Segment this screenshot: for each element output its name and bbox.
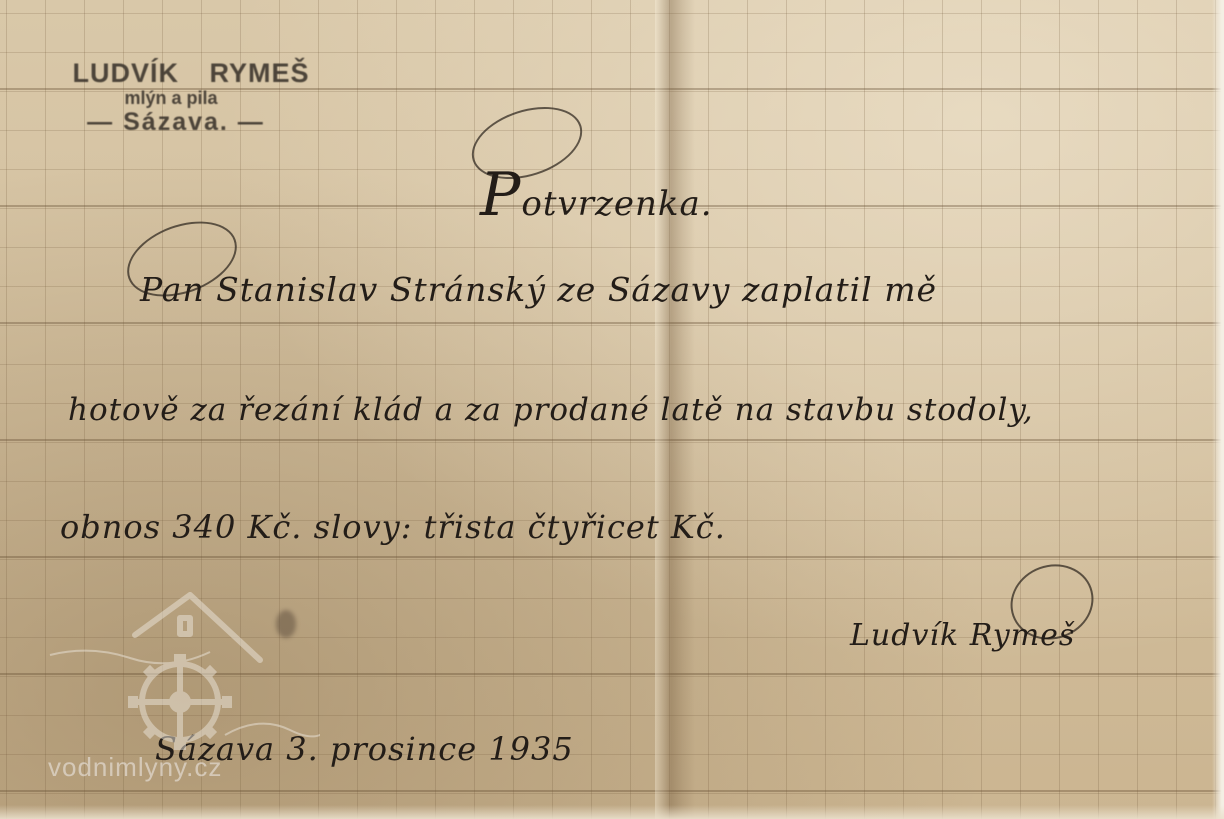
stamp-name: LUDVÍK RYMEŠ bbox=[46, 58, 336, 88]
body-line-2: hotově za řezání klád a za prodané latě … bbox=[68, 392, 1034, 428]
document-page: LUDVÍK RYMEŠ mlýn a pila — Sázava. — Pot… bbox=[0, 0, 1224, 819]
stamp-town: — Sázava. — bbox=[16, 108, 336, 136]
rubber-stamp: LUDVÍK RYMEŠ mlýn a pila — Sázava. — bbox=[46, 58, 336, 136]
paper-bottom-edge bbox=[0, 805, 1224, 819]
stamp-business: mlýn a pila bbox=[6, 88, 336, 108]
receipt-title: Potvrzenka. bbox=[480, 160, 713, 230]
body-line-3: obnos 340 Kč. slovy: třista čtyřicet Kč. bbox=[60, 508, 726, 546]
watermark-text: vodnimlyny.cz bbox=[48, 752, 222, 783]
paper-right-edge bbox=[1212, 0, 1224, 819]
signature: Ludvík Rymeš bbox=[850, 618, 1075, 653]
body-line-1: Pan Stanislav Stránský ze Sázavy zaplati… bbox=[140, 270, 937, 309]
